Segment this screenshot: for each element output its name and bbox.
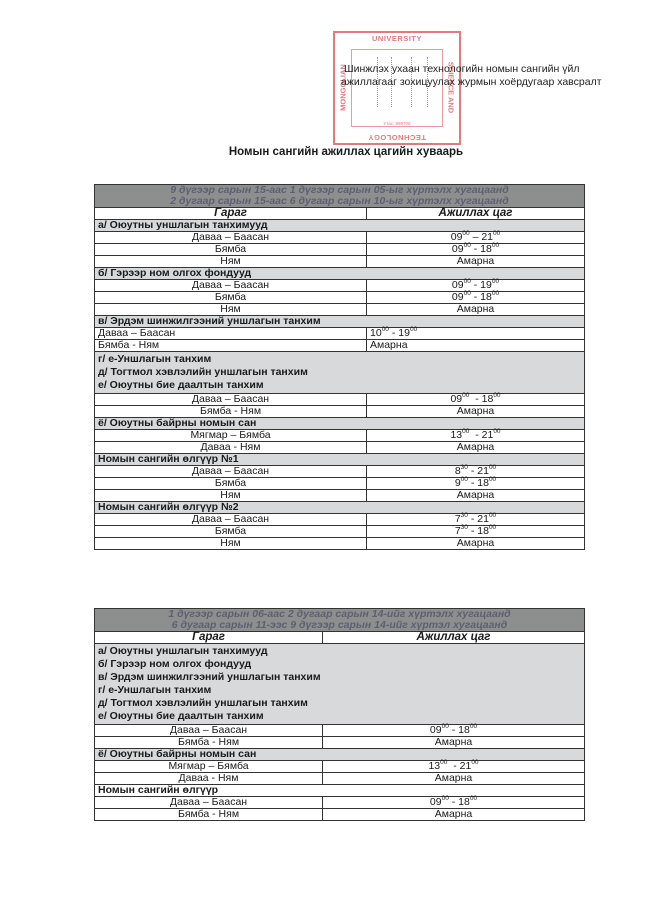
schedule-row: Мягмар – Бямба1300 - 2100 — [95, 761, 585, 773]
section-header-row: Номын сангийн өлгүүр №2 — [95, 502, 585, 514]
column-header-day: Гараг — [95, 208, 367, 220]
hours-cell: Амарна — [323, 809, 585, 821]
close-minute: 00 — [492, 242, 499, 249]
schedule-row: Бямба900 - 1800 — [95, 478, 585, 490]
annex-line-1: Шинжлэх ухаан технологийн номын сангийн … — [344, 63, 644, 76]
hours-cell: 730 - 1800 — [367, 526, 585, 538]
section-title: д/ Тогтмол хэвлэлийн уншлагын танхим — [98, 366, 581, 379]
column-header-row: ГарагАжиллах цаг — [95, 208, 585, 220]
hours-cell: 1300 - 2100 — [323, 761, 585, 773]
day-cell: Бямба — [95, 478, 367, 490]
close-hour: 18 — [480, 243, 492, 255]
close-hour: 18 — [477, 525, 489, 537]
schedule-table-1: 9 дүгээр сарын 15-аас 1 дүгээр сарын 05-… — [94, 184, 585, 550]
open-hour: 10 — [370, 327, 382, 339]
hours-cell: Амарна — [367, 256, 585, 268]
hours-cell: 1300 - 2100 — [367, 430, 585, 442]
open-minute: 00 — [442, 795, 449, 802]
close-hour: 18 — [458, 724, 470, 736]
section-title-cell: в/ Эрдэм шинжилгээний уншлагын танхим — [95, 316, 585, 328]
day-cell: Даваа – Баасан — [95, 328, 367, 340]
day-cell: Бямба — [95, 292, 367, 304]
section-header-row: в/ Эрдэм шинжилгээний уншлагын танхим — [95, 316, 585, 328]
schedule-row: НямАмарна — [95, 256, 585, 268]
period-band: 9 дүгээр сарын 15-аас 1 дүгээр сарын 05-… — [95, 185, 585, 208]
hours-cell: Амарна — [367, 538, 585, 550]
column-header-hours: Ажиллах цаг — [367, 208, 585, 220]
schedule-row: Бямба - НямАмарна — [95, 737, 585, 749]
schedule-row: Бямба - НямАмарна — [95, 406, 585, 418]
section-title-cell: ё/ Оюутны байрны номын сан — [95, 749, 585, 761]
schedule-row: Даваа – Баасан830 - 2100 — [95, 466, 585, 478]
open-minute: 00 — [464, 242, 471, 249]
time-separator: – — [470, 231, 482, 243]
time-separator: - — [471, 243, 480, 255]
period-band: 1 дүгээр сарын 06-аас 2 дугаар сарын 14-… — [95, 609, 585, 632]
schedule-row: Даваа – Баасан1000 - 1900 — [95, 328, 585, 340]
time-separator: - — [468, 525, 477, 537]
time-separator: - — [449, 796, 458, 808]
section-title-cell: г/ е-Уншлагын танхимд/ Тогтмол хэвлэлийн… — [95, 352, 585, 394]
time-separator: - — [449, 724, 458, 736]
stamp-bottom-text: TECHNOLOGY — [335, 133, 459, 142]
section-title-cell: ё/ Оюутны байрны номын сан — [95, 418, 585, 430]
hours-cell: 730 - 2100 — [367, 514, 585, 526]
close-hour: 21 — [482, 429, 494, 441]
section-title: г/ е-Уншлагын танхим — [98, 684, 581, 697]
section-title: д/ Тогтмол хэвлэлийн уншлагын танхим — [98, 697, 581, 710]
schedule-table-2: 1 дүгээр сарын 06-аас 2 дугаар сарын 14-… — [94, 608, 585, 821]
section-title: а/ Оюутны уншлагын танхимууд — [98, 645, 581, 658]
day-cell: Ням — [95, 538, 367, 550]
schedule-row: Даваа – Баасан0900 - 1800 — [95, 394, 585, 406]
hours-cell: 0900 - 1800 — [323, 797, 585, 809]
schedule-row: Даваа – Баасан0900 – 2100 — [95, 232, 585, 244]
close-minute: 00 — [489, 512, 496, 519]
open-minute: 00 — [382, 326, 389, 333]
table-body: 1 дүгээр сарын 06-аас 2 дугаар сарын 14-… — [95, 609, 585, 821]
hours-cell: 900 - 1800 — [367, 478, 585, 490]
schedule-row: Бямба0900 - 1800 — [95, 244, 585, 256]
section-title-cell: а/ Оюутны уншлагын танхимуудб/ Гэрээр но… — [95, 644, 585, 725]
schedule-row: Даваа - НямАмарна — [95, 442, 585, 454]
close-minute: 00 — [489, 524, 496, 531]
schedule-row: Бямба - НямАмарна — [95, 340, 585, 352]
section-title-cell: а/ Оюутны уншлагын танхимууд — [95, 220, 585, 232]
day-cell: Даваа – Баасан — [95, 280, 367, 292]
close-minute: 00 — [493, 392, 500, 399]
section-title-cell: Номын сангийн өлгүүр №1 — [95, 454, 585, 466]
schedule-row: Даваа – Баасан0900 - 1900 — [95, 280, 585, 292]
time-separator: - — [469, 393, 481, 405]
hours-cell: Амарна — [323, 737, 585, 749]
section-title-cell: б/ Гэрээр ном олгох фондууд — [95, 268, 585, 280]
day-cell: Бямба - Ням — [95, 737, 323, 749]
hours-cell: Амарна — [367, 490, 585, 502]
open-hour: 09 — [452, 291, 464, 303]
schedule-row: НямАмарна — [95, 538, 585, 550]
section-title: б/ Гэрээр ном олгох фондууд — [98, 658, 581, 671]
stamp-top-text: UNIVERSITY — [335, 34, 459, 43]
open-minute: 30 — [461, 464, 468, 471]
day-cell: Даваа – Баасан — [95, 394, 367, 406]
close-hour: 21 — [460, 760, 472, 772]
schedule-row: Даваа – Баасан0900 - 1800 — [95, 797, 585, 809]
section-title-cell: Номын сангийн өлгүүр №2 — [95, 502, 585, 514]
section-header-row: б/ Гэрээр ном олгох фондууд — [95, 268, 585, 280]
hours-cell: 830 - 2100 — [367, 466, 585, 478]
close-minute: 00 — [470, 723, 477, 730]
close-minute: 00 — [470, 795, 477, 802]
open-minute: 00 — [464, 278, 471, 285]
day-cell: Ням — [95, 304, 367, 316]
section-title: г/ е-Уншлагын танхим — [98, 353, 581, 366]
hours-cell: Амарна — [323, 773, 585, 785]
period-cell: 1 дүгээр сарын 06-аас 2 дугаар сарын 14-… — [95, 609, 585, 632]
day-cell: Мягмар – Бямба — [95, 761, 323, 773]
time-separator: - — [389, 327, 398, 339]
period-line-2: 2 дугаар сарын 15-аас 6 дугаар сарын 10-… — [98, 196, 581, 207]
day-cell: Ням — [95, 256, 367, 268]
day-cell: Бямба - Ням — [95, 809, 323, 821]
day-cell: Бямба - Ням — [95, 406, 367, 418]
annex-line-2: ажиллагааг зохицуулах журмын хоёрдугаар … — [341, 76, 644, 89]
hours-cell: Амарна — [367, 304, 585, 316]
day-cell: Даваа – Баасан — [95, 725, 323, 737]
time-separator: - — [468, 513, 477, 525]
hours-cell: 0900 - 1800 — [367, 244, 585, 256]
open-hour: 09 — [430, 724, 442, 736]
hours-cell: Амарна — [367, 442, 585, 454]
open-minute: 00 — [461, 476, 468, 483]
schedule-row: Бямба - НямАмарна — [95, 809, 585, 821]
close-minute: 00 — [471, 759, 478, 766]
schedule-row: Даваа - НямАмарна — [95, 773, 585, 785]
section-title: е/ Оюутны бие даалтын танхим — [98, 379, 581, 392]
close-minute: 00 — [492, 278, 499, 285]
hours-cell: 0900 – 2100 — [367, 232, 585, 244]
schedule-row: Даваа – Баасан730 - 2100 — [95, 514, 585, 526]
time-separator: - — [468, 465, 477, 477]
open-hour: 09 — [451, 231, 463, 243]
schedule-row: Бямба730 - 1800 — [95, 526, 585, 538]
day-cell: Бямба — [95, 526, 367, 538]
day-cell: Бямба — [95, 244, 367, 256]
section-header-row: а/ Оюутны уншлагын танхимууд — [95, 220, 585, 232]
stamp-phone-text: Утас: 998708 — [335, 121, 459, 126]
schedule-row: Даваа – Баасан0900 - 1800 — [95, 725, 585, 737]
close-hour: 18 — [482, 393, 494, 405]
close-minute: 00 — [493, 428, 500, 435]
open-minute: 30 — [461, 512, 468, 519]
close-hour: 21 — [477, 513, 489, 525]
close-minute: 00 — [492, 290, 499, 297]
close-hour: 19 — [398, 327, 410, 339]
schedule-row: НямАмарна — [95, 304, 585, 316]
day-cell: Даваа – Баасан — [95, 232, 367, 244]
period-cell: 9 дүгээр сарын 15-аас 1 дүгээр сарын 05-… — [95, 185, 585, 208]
open-minute: 30 — [461, 524, 468, 531]
time-separator: - — [471, 291, 480, 303]
section-header-row: Номын сангийн өлгүүр — [95, 785, 585, 797]
hours-cell: 0900 - 1800 — [323, 725, 585, 737]
time-separator: - — [471, 279, 480, 291]
day-cell: Даваа - Ням — [95, 773, 323, 785]
period-line-2: 6 дугаар сарын 11-ээс 9 дүгээр сарын 14-… — [98, 620, 581, 631]
section-title-cell: Номын сангийн өлгүүр — [95, 785, 585, 797]
annex-note: Шинжлэх ухаан технологийн номын сангийн … — [344, 63, 644, 89]
close-minute: 00 — [410, 326, 417, 333]
day-cell: Даваа – Баасан — [95, 514, 367, 526]
open-hour: 09 — [452, 243, 464, 255]
schedule-row: НямАмарна — [95, 490, 585, 502]
day-cell: Бямба - Ням — [95, 340, 367, 352]
close-hour: 21 — [477, 465, 489, 477]
section-header-row: Номын сангийн өлгүүр №1 — [95, 454, 585, 466]
open-minute: 00 — [464, 290, 471, 297]
column-header-row: ГарагАжиллах цаг — [95, 632, 585, 644]
section-title: е/ Оюутны бие даалтын танхим — [98, 710, 581, 723]
open-hour: 09 — [430, 796, 442, 808]
schedule-row: Мягмар – Бямба1300 - 2100 — [95, 430, 585, 442]
hours-cell: 0900 - 1800 — [367, 292, 585, 304]
open-hour: 13 — [428, 760, 440, 772]
time-separator: - — [447, 760, 459, 772]
close-hour: 18 — [477, 477, 489, 489]
open-minute: 00 — [462, 230, 469, 237]
hours-cell: Амарна — [367, 340, 585, 352]
table-body: 9 дүгээр сарын 15-аас 1 дүгээр сарын 05-… — [95, 185, 585, 550]
section-header-row: г/ е-Уншлагын танхимд/ Тогтмол хэвлэлийн… — [95, 352, 585, 394]
section-header-row: а/ Оюутны уншлагын танхимуудб/ Гэрээр но… — [95, 644, 585, 725]
time-separator: - — [469, 429, 481, 441]
close-hour: 18 — [458, 796, 470, 808]
section-header-row: ё/ Оюутны байрны номын сан — [95, 418, 585, 430]
hours-cell: 0900 - 1900 — [367, 280, 585, 292]
day-cell: Даваа – Баасан — [95, 797, 323, 809]
day-cell: Даваа – Баасан — [95, 466, 367, 478]
hours-cell: 1000 - 1900 — [367, 328, 585, 340]
time-separator: - — [468, 477, 477, 489]
close-minute: 00 — [493, 230, 500, 237]
day-cell: Мягмар – Бямба — [95, 430, 367, 442]
column-header-day: Гараг — [95, 632, 323, 644]
section-header-row: ё/ Оюутны байрны номын сан — [95, 749, 585, 761]
hours-cell: Амарна — [367, 406, 585, 418]
day-cell: Даваа - Ням — [95, 442, 367, 454]
close-hour: 19 — [480, 279, 492, 291]
close-minute: 00 — [489, 464, 496, 471]
schedule-row: Бямба0900 - 1800 — [95, 292, 585, 304]
open-hour: 09 — [450, 393, 462, 405]
section-title: в/ Эрдэм шинжилгээний уншлагын танхим — [98, 671, 581, 684]
open-hour: 09 — [452, 279, 464, 291]
day-cell: Ням — [95, 490, 367, 502]
open-minute: 00 — [442, 723, 449, 730]
close-hour: 18 — [480, 291, 492, 303]
document-title: Номын сангийн ажиллах цагийн хуваарь — [0, 146, 650, 158]
column-header-hours: Ажиллах цаг — [323, 632, 585, 644]
open-hour: 13 — [450, 429, 462, 441]
hours-cell: 0900 - 1800 — [367, 394, 585, 406]
close-minute: 00 — [489, 476, 496, 483]
